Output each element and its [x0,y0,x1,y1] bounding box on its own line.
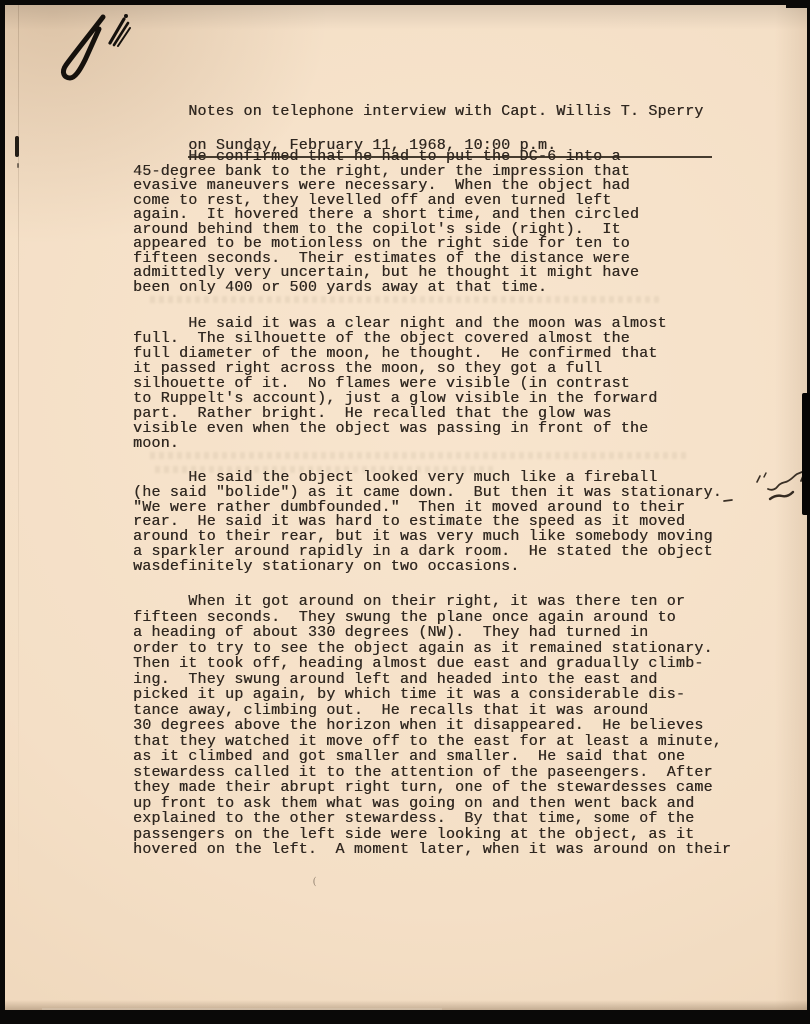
scanned-document: Notes on telephone interview with Capt. … [0,0,810,1024]
left-margin-ink-dash [15,136,19,157]
heading-line-1: Notes on telephone interview with Capt. … [188,103,703,120]
document-page: Notes on telephone interview with Capt. … [5,5,807,1010]
stray-ink-mark: ( [313,876,316,887]
paragraph-1: He confirmed that he had to put the DC-6… [133,150,639,295]
scan-edge-shadow [802,393,810,515]
paragraph-2: He said it was a clear night and the moo… [133,316,667,451]
left-margin-ink-dot [17,163,19,168]
bleed-through-ghost-line [155,466,495,473]
paragraph-4: When it got around on their right, it wa… [133,594,731,858]
scan-bottom-edge-highlight [42,1008,442,1010]
paperclip-icon [30,8,140,93]
bleed-through-ghost-line [150,452,690,459]
page-corner-notch [786,0,810,8]
bleed-through-ghost-line [150,296,660,303]
handwritten-margin-note [720,467,810,511]
paragraph-3: He said the object looked very much like… [133,471,722,575]
